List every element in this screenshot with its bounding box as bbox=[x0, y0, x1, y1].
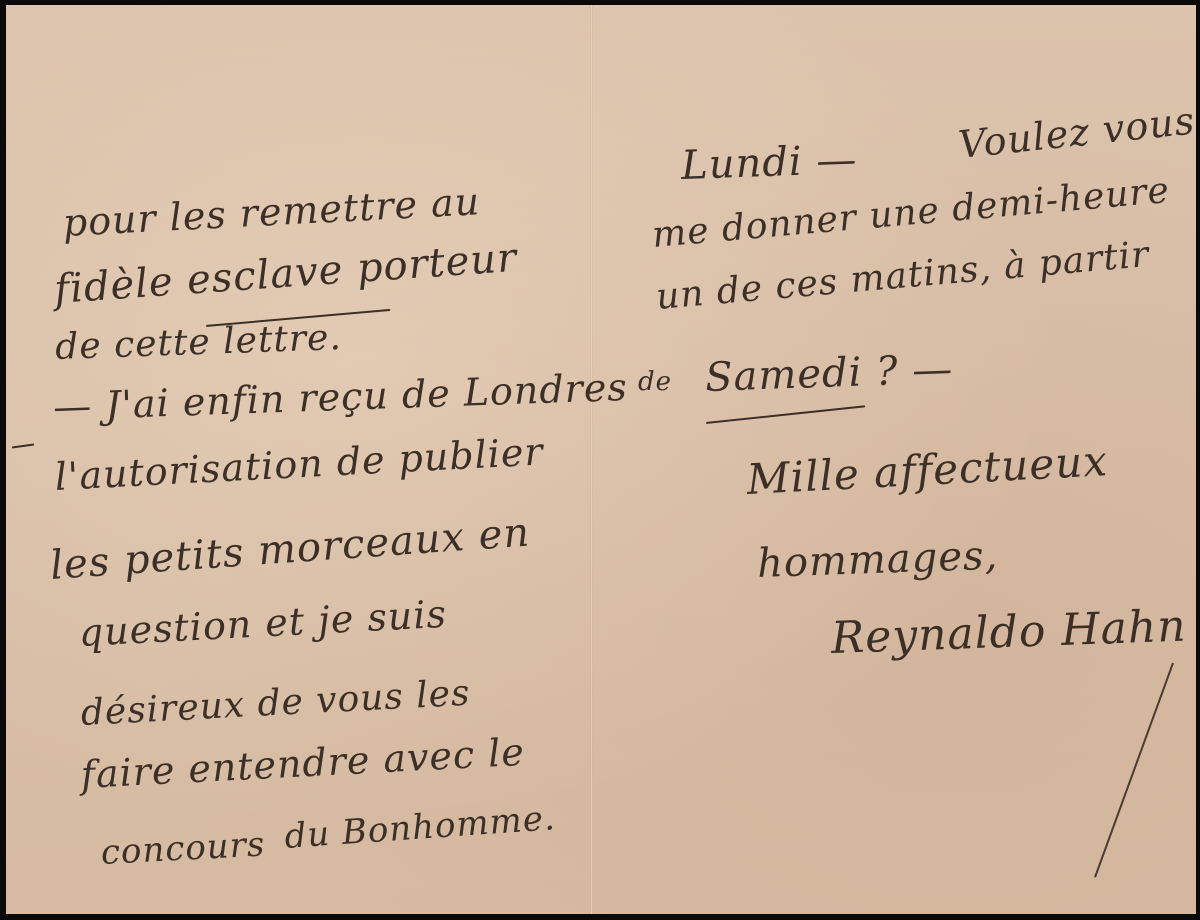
samedi-underline bbox=[706, 405, 865, 424]
left-line-7: question et je suis bbox=[78, 592, 448, 655]
signature: Reynaldo Hahn bbox=[830, 601, 1187, 664]
left-line-10: concours bbox=[100, 824, 266, 873]
right-line-5: Mille affectueux bbox=[745, 436, 1109, 504]
right-line-1: Voulez vous bbox=[956, 98, 1196, 167]
left-line-4: — J'ai enfin reçu de Londres bbox=[52, 365, 628, 429]
left-line-8: désireux de vous les bbox=[80, 673, 472, 734]
left-line-11: du Bonhomme. bbox=[283, 798, 557, 857]
signature-flourish bbox=[1094, 663, 1174, 878]
left-line-5: l'autorisation de publier bbox=[54, 429, 545, 499]
left-line-9: faire entendre avec le bbox=[80, 730, 526, 797]
left-trailing-word: de bbox=[638, 367, 672, 397]
right-line-date: Lundi — bbox=[680, 137, 858, 189]
right-line-4: Samedi ? — bbox=[704, 346, 954, 401]
left-line-2: fidèle esclave porteur bbox=[53, 235, 519, 313]
right-line-6: hommages, bbox=[756, 533, 999, 587]
letter-paper: pour les remettre au fidèle esclave port… bbox=[6, 5, 1196, 914]
dash-mark bbox=[12, 443, 34, 448]
left-line-1: pour les remettre au bbox=[62, 179, 481, 245]
page-fold bbox=[590, 5, 593, 914]
left-line-6: les petits morceaux en bbox=[49, 510, 532, 589]
left-line-3: de cette lettre. bbox=[55, 317, 343, 368]
